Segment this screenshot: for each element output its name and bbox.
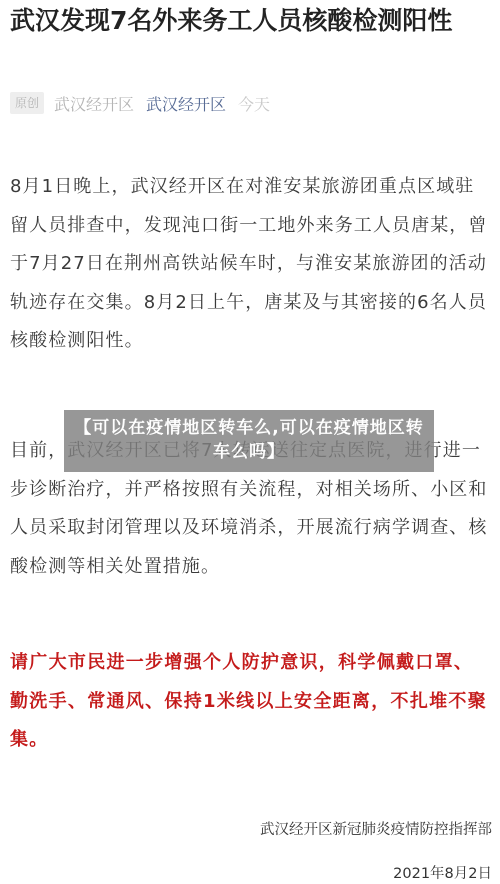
article-title: 武汉发现7名外来务工人员核酸检测阳性 (10, 4, 480, 38)
signature-department: 武汉经开区新冠肺炎疫情防控指挥部 (260, 818, 492, 839)
signature-date: 2021年8月2日 (393, 862, 492, 883)
paragraph-1: 8月1日晚上，武汉经开区在对淮安某旅游团重点区域驻留人员排查中，发现沌口街一工地… (10, 168, 492, 361)
article-meta: 原创 武汉经开区 武汉经开区 今天 (10, 90, 270, 116)
publish-time: 今天 (238, 92, 270, 115)
warning-paragraph: 请广大市民进一步增强个人防护意识，科学佩戴口罩、勤洗手、常通风、保持1米线以上安… (10, 644, 492, 760)
account-link[interactable]: 武汉经开区 (146, 92, 226, 115)
title-overlay-banner: 【可以在疫情地区转车么,可以在疫情地区转车么吗】 (64, 410, 434, 472)
author-name: 武汉经开区 (54, 92, 134, 115)
original-badge: 原创 (10, 92, 44, 114)
